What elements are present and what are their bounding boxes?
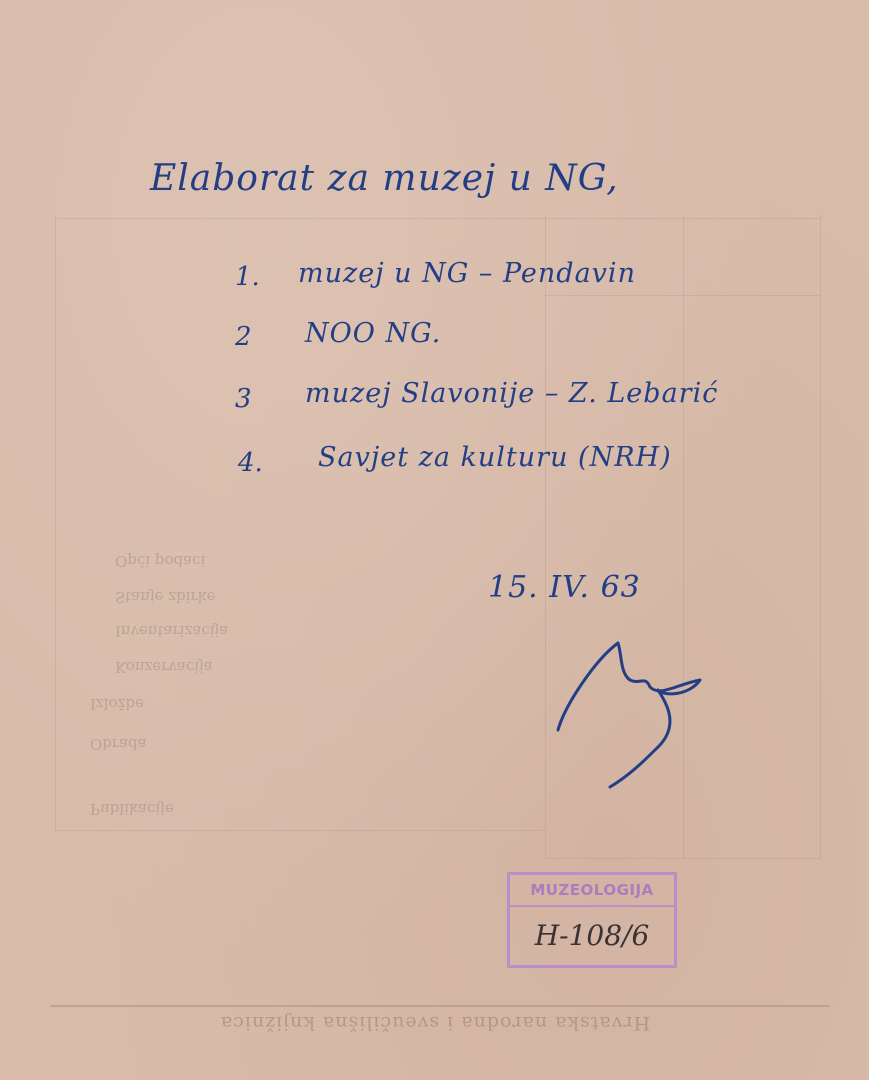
document-page: Opći podaci Stanje zbirke Inventarizacij… xyxy=(0,0,869,1080)
archive-stamp: MUZEOLOGIJA H-108/6 xyxy=(507,872,677,968)
item-number: 2 xyxy=(235,322,252,352)
ghost-form-label: Stanje zbirke xyxy=(115,588,216,606)
ghost-line xyxy=(545,215,546,860)
stamp-title: MUZEOLOGIJA xyxy=(510,881,674,899)
handwritten-title: Elaborat za muzej u NG, xyxy=(150,158,619,199)
ghost-line xyxy=(545,858,820,859)
ghost-form-label: Konzervacija xyxy=(115,658,213,676)
ghost-form-label: Inventarizacija xyxy=(115,622,228,640)
ghost-form-label: Publikacije xyxy=(90,800,174,818)
stamp-code: H-108/6 xyxy=(510,919,674,952)
footer-bleed-text: Hrvatska narodna i sveučilišna knjižnica xyxy=(20,1012,850,1034)
item-text: muzej u NG – Pendavin xyxy=(298,258,636,289)
ghost-form-label: Obrada xyxy=(90,735,147,753)
footer-line xyxy=(50,1005,830,1007)
ghost-line xyxy=(55,215,56,830)
stamp-divider xyxy=(510,905,674,907)
item-number: 3 xyxy=(235,384,252,414)
ghost-form-label: Izložbe xyxy=(90,695,144,713)
ghost-line xyxy=(55,218,820,219)
ghost-line xyxy=(820,215,821,860)
handwritten-date: 15. IV. 63 xyxy=(488,570,641,605)
item-text: Savjet za kulturu (NRH) xyxy=(318,442,672,473)
ghost-form-label: Opći podaci xyxy=(115,552,205,570)
item-number: 4. xyxy=(238,448,263,478)
item-text: muzej Slavonije – Z. Lebarić xyxy=(305,378,718,409)
signature-mark xyxy=(550,635,710,795)
ghost-line xyxy=(55,830,545,831)
item-text: NOO NG. xyxy=(305,318,441,349)
item-number: 1. xyxy=(235,262,260,292)
